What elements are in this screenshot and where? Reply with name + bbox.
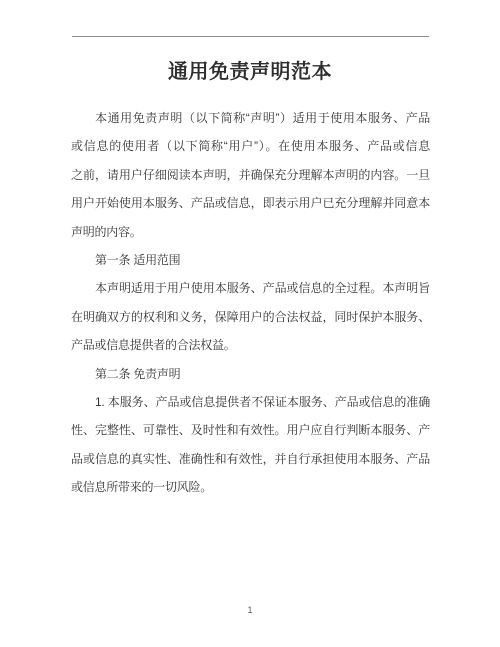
text-line: 本声明适用于用户使用本服务、产品或信息的全过程。本声明旨 bbox=[71, 274, 430, 302]
text-line: 性、完整性、可靠性、及时性和有效性。用户应自行判断本服务、产 bbox=[71, 416, 430, 444]
text-line: 1. 本服务、产品或信息提供者不保证本服务、产品或信息的准确 bbox=[71, 388, 430, 416]
text-line: 声明的内容。 bbox=[71, 218, 430, 246]
text-line: 品或信息的真实性、准确性和有效性，并自行承担使用本服务、产品 bbox=[71, 445, 430, 473]
header-rule bbox=[72, 36, 429, 37]
text-line: 产品或信息提供者的合法权益。 bbox=[71, 331, 430, 359]
page-number: 1 bbox=[0, 603, 500, 617]
text-line: 本通用免责声明（以下简称“声明”）适用于使用本服务、产品 bbox=[71, 104, 430, 132]
document-body: 本通用免责声明（以下简称“声明”）适用于使用本服务、产品或信息的使用者（以下简称… bbox=[71, 104, 430, 502]
page-title: 通用免责声明范本 bbox=[0, 56, 500, 88]
text-line: 第二条 免责声明 bbox=[71, 360, 430, 388]
text-line: 或信息的使用者（以下简称“用户”）。在使用本服务、产品或信息 bbox=[71, 132, 430, 160]
text-line: 第一条 适用范围 bbox=[71, 246, 430, 274]
text-line: 或信息所带来的一切风险。 bbox=[71, 473, 430, 501]
text-line: 之前，请用户仔细阅读本声明，并确保充分理解本声明的内容。一旦 bbox=[71, 161, 430, 189]
document-page: 通用免责声明范本 本通用免责声明（以下简称“声明”）适用于使用本服务、产品或信息… bbox=[0, 0, 500, 647]
text-line: 用户开始使用本服务、产品或信息，即表示用户已充分理解并同意本 bbox=[71, 189, 430, 217]
text-line: 在明确双方的权利和义务，保障用户的合法权益，同时保护本服务、 bbox=[71, 303, 430, 331]
